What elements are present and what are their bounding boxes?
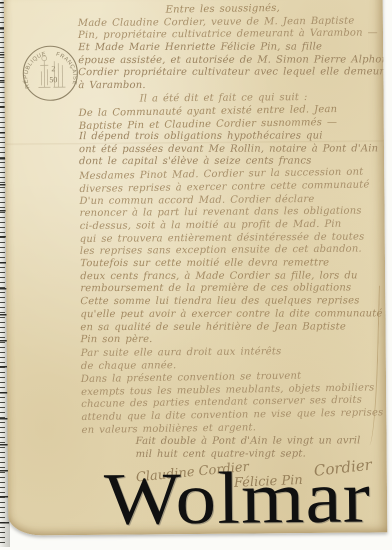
manuscript-line: Cordier propriétaire cultivateur avec le… — [62, 67, 384, 81]
wolmar-watermark: Wolmar — [104, 460, 371, 535]
manuscript-line: Fait double à Pont d'Ain le vingt un avr… — [66, 435, 388, 449]
manuscript-paper: RÉPUBLIQUE FRANÇAISE 2 50 Entre les sous… — [4, 0, 388, 536]
manuscript-line: ont été passées devant Me Rollin, notair… — [63, 143, 385, 157]
manuscript-line: deux cents francs, à Made Cordier sa fil… — [64, 270, 386, 284]
manuscript-line: qu'elle peut avoir à exercer contre la d… — [64, 308, 386, 322]
manuscript-line: Et Made Marie Henriette Félicie Pin, sa … — [62, 41, 384, 55]
stamp-arc-left-label: RÉPUBLIQUE — [22, 51, 47, 89]
stamp-denomination-top: 2 — [51, 64, 55, 73]
manuscript-line: Pin son père. — [64, 334, 386, 348]
manuscript-paragraph: D'un commun accord Mad. Cordier déclarer… — [63, 193, 386, 259]
manuscript-paragraph: Et Made Marie Henriette Félicie Pin, sa … — [62, 41, 384, 93]
manuscript-paragraph: Mesdames Pinot Mad. Cordier sur la succe… — [63, 166, 385, 196]
manuscript-paragraph: Toutefois sur cette moitié elle devra re… — [64, 257, 386, 347]
manuscript-paragraph: Made Claudine Cordier, veuve de M. Jean … — [62, 15, 384, 43]
manuscript-paragraph: Il dépend trois obligations hypothécaire… — [63, 130, 385, 169]
stamp-denomination-bottom: 50 — [49, 75, 57, 84]
photo-background: RÉPUBLIQUE FRANÇAISE 2 50 Entre les sous… — [0, 0, 392, 550]
manuscript-paragraph: De la Communauté ayant existé entre led.… — [63, 103, 385, 133]
manuscript-line: remboursement de la première de ces obli… — [64, 283, 386, 297]
manuscript-line: Cette somme lui tiendra lieu des quelque… — [64, 295, 386, 309]
manuscript-paragraph: Dans la présente convention se trouvente… — [65, 370, 388, 439]
manuscript-line: à Varambon. — [62, 80, 384, 94]
manuscript-line: Il dépend trois obligations hypothécaire… — [63, 130, 385, 144]
manuscript-line: en sa qualité de seule héritière de Jean… — [64, 321, 386, 335]
manuscript-line: épouse assistée, et autorisée de M. Simo… — [62, 54, 384, 68]
manuscript-line: Toutefois sur cette moitié elle devra re… — [64, 257, 386, 271]
manuscript-text: Entre les soussignés,Made Claudine Cordi… — [62, 2, 388, 462]
